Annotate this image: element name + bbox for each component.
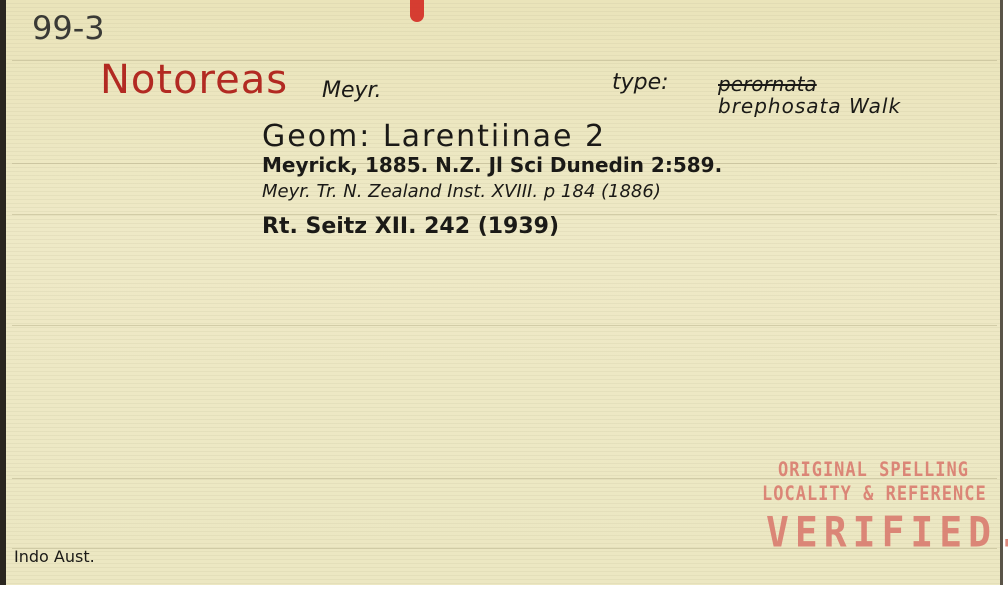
region-label: Indo Aust. bbox=[14, 549, 95, 565]
type-label: type: bbox=[612, 72, 669, 94]
genus-name: Notoreas bbox=[100, 60, 288, 100]
type-struck-name: perornata bbox=[718, 74, 914, 94]
verification-stamp-line-2: LOCALITY & REFERENCE bbox=[762, 483, 987, 506]
reference-1: Meyrick, 1885. N.Z. Jl Sci Dunedin 2:589… bbox=[262, 155, 722, 175]
red-ink-mark bbox=[410, 0, 424, 22]
ruled-line bbox=[12, 325, 997, 326]
verification-stamp-line-1: ORIGINAL SPELLING bbox=[778, 459, 969, 482]
verification-stamp-verified: VERIFIED. bbox=[766, 508, 1008, 556]
classification: Geom: Larentiinae 2 bbox=[262, 122, 606, 152]
reference-3: Rt. Seitz XII. 242 (1939) bbox=[262, 216, 559, 238]
genus-author: Meyr. bbox=[322, 80, 382, 102]
type-species: brephosata Walk bbox=[718, 96, 901, 116]
catalog-number: 99-3 bbox=[32, 12, 105, 44]
reference-2: Meyr. Tr. N. Zealand Inst. XVIII. p 184 … bbox=[262, 183, 661, 201]
